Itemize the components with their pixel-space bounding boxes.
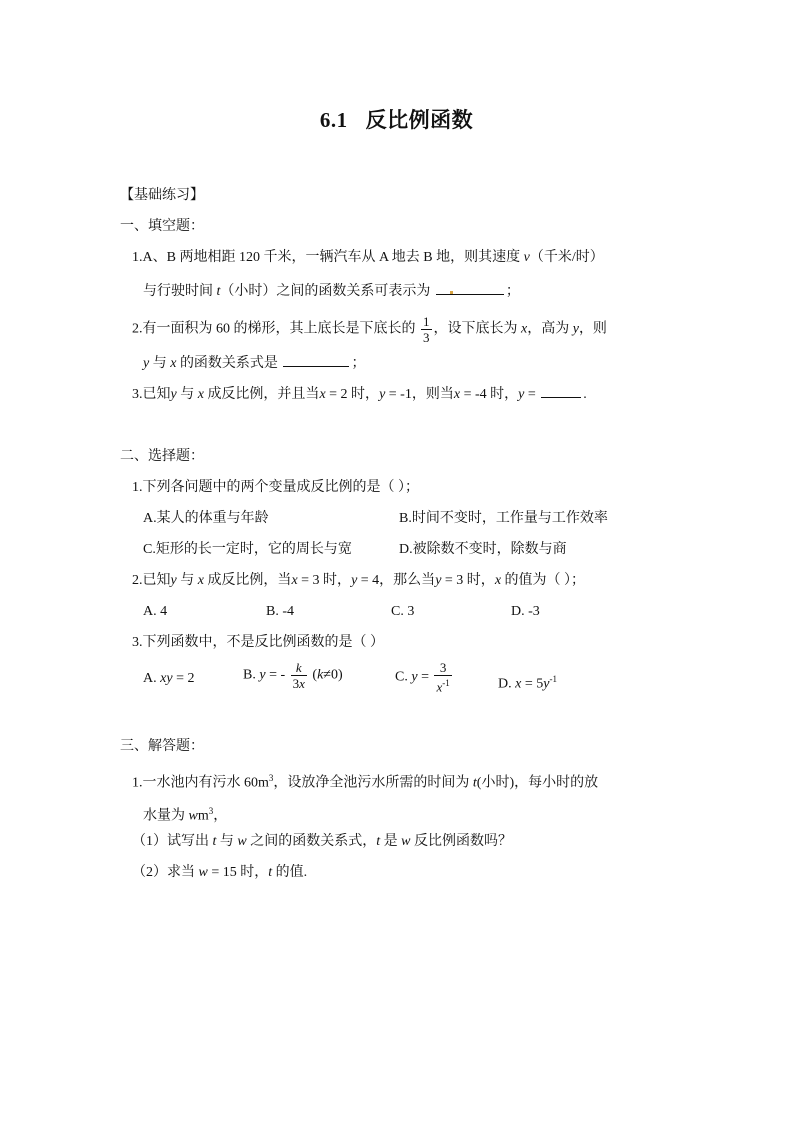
title-text: 反比例函数 (366, 108, 474, 132)
part1-heading: 一、填空题： (120, 217, 204, 237)
fill-q2-line1: 2.有一面积为 60 的梯形，其上底长是下底长的 13，设下底长为 x，高为 y… (132, 314, 607, 345)
choice-q2-option-b[interactable]: B. -4 (266, 602, 294, 622)
choice-q1-option-a[interactable]: A.某人的体重与年龄 (143, 509, 269, 529)
title-number: 6.1 (320, 108, 348, 132)
fill-q1-line1: 1.A、B 两地相距 120 千米，一辆汽车从 A 地去 B 地，则其速度 v（… (132, 248, 604, 268)
choice-q3-option-c[interactable]: C. y = 3x-1 (395, 660, 454, 694)
answer-q1-sub2: （2）求当 w = 15 时，t 的值. (132, 863, 307, 883)
answer-q1-line2: 水量为 wm3， (143, 801, 227, 827)
part2-heading: 二、选择题： (120, 447, 204, 467)
choice-q3-option-b[interactable]: B. y = - k3x (k≠0) (243, 660, 343, 691)
fill-q1-line2: 与行驶时间 t（小时）之间的函数关系可表示为 ； (143, 280, 520, 302)
choice-q1-option-b[interactable]: B.时间不变时，工作量与工作效率 (399, 509, 608, 529)
fraction-one-third: 13 (421, 314, 432, 345)
choice-q2-option-d[interactable]: D. -3 (511, 602, 540, 622)
answer-blank[interactable] (283, 352, 349, 367)
page-title: 6.1反比例函数 (0, 104, 793, 134)
answer-q1-sub1: （1）试写出 t 与 w 之间的函数关系式，t 是 w 反比例函数吗？ (132, 832, 512, 852)
choice-q2-option-c[interactable]: C. 3 (391, 602, 414, 622)
choice-q1-stem: 1.下列各问题中的两个变量成反比例的是（ ）； (132, 478, 419, 498)
choice-q1-option-d[interactable]: D.被除数不变时，除数与商 (399, 540, 567, 560)
choice-q3-option-d[interactable]: D. x = 5y-1 (498, 669, 557, 695)
fill-q2-line2: y 与 x 的函数关系式是 ； (143, 352, 365, 374)
answer-blank[interactable] (541, 383, 581, 398)
choice-q1-option-c[interactable]: C.矩形的长一定时，它的周长与宽 (143, 540, 352, 560)
section-basic-practice: 【基础练习】 (120, 186, 204, 206)
part3-heading: 三、解答题： (120, 737, 204, 757)
choice-q2-stem: 2.已知y 与 x 成反比例，当x = 3 时，y = 4，那么当y = 3 时… (132, 571, 585, 591)
fill-q3: 3.已知y 与 x 成反比例，并且当x = 2 时，y = -1，则当x = -… (132, 383, 587, 405)
answer-q1-line1: 1.一水池内有污水 60m3，设放净全池污水所需的时间为 t(小时)，每小时的放 (132, 768, 598, 794)
answer-blank[interactable] (436, 280, 504, 295)
choice-q3-stem: 3.下列函数中，不是反比例函数的是（ ） (132, 633, 384, 653)
choice-q2-option-a[interactable]: A. 4 (143, 602, 167, 622)
choice-q3-option-a[interactable]: A. xy = 2 (143, 669, 194, 689)
